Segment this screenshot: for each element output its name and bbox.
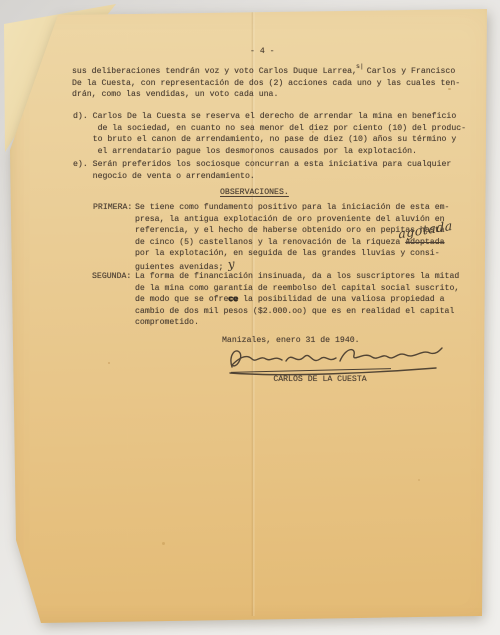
line-text: de cinco (5) castellanos y la renovación…: [135, 238, 405, 247]
paragraph-line: de modo que se ofrece la posibilidad de …: [135, 294, 459, 306]
handwritten-y-annotation: y: [228, 258, 236, 270]
line-text: de modo que se ofre: [135, 295, 228, 304]
paper-speckle: [418, 479, 420, 481]
paragraph-line: La forma de financiación insinuada, da a…: [135, 271, 459, 283]
paragraph-line: cambio de dos mil pesos ($2.000.oo) que …: [135, 306, 459, 318]
paper-speckle: [162, 542, 165, 545]
intro-paragraph: sus deliberaciones tendrán voz y voto Ca…: [72, 66, 460, 101]
paragraph-line: por la explotación, en seguida de las gr…: [135, 248, 449, 260]
document-photo: - 4 - sus deliberaciones tendrán voz y v…: [0, 0, 500, 635]
paragraph-line: e). Serán preferidos los sociosque concu…: [73, 159, 451, 171]
paragraph-line: de la mina como garantía de reembolso de…: [135, 283, 459, 295]
paragraph-line: el arrendatario pague los desmoronos cau…: [73, 146, 466, 158]
page-shadow-wrap: - 4 - sus deliberaciones tendrán voz y v…: [0, 0, 500, 635]
signature-typed-name: CARLOS DE LA CUESTA: [240, 374, 400, 386]
page-number: - 4 -: [250, 46, 275, 58]
segunda-label: SEGUNDA:: [92, 271, 131, 283]
paragraph-line: d). Carlos De la Cuesta se reserva el de…: [73, 111, 466, 123]
paragraph-line: de la sociedad, en cuanto no sea menor d…: [73, 123, 466, 135]
clause-d: d). Carlos De la Cuesta se reserva el de…: [73, 111, 466, 157]
paragraph-line: negocio de venta o arrendamiento.: [73, 171, 451, 183]
paragraph-line: De la Cuesta, con representación de dos …: [72, 78, 460, 90]
paragraph-line: presa, la antigua explotación de oro pro…: [135, 214, 449, 226]
paragraph-line: Se tiene como fundamento positivo para l…: [135, 202, 449, 214]
paragraph-line: drán, como las vendidas, un voto cada un…: [72, 89, 460, 101]
paragraph-line: comprometido.: [135, 317, 459, 329]
superscript-correction-mark: s|: [356, 61, 364, 73]
paper-speckle: [108, 362, 110, 364]
paragraph-line: guientes avenidas; y: [135, 260, 449, 272]
line-text: la posibilidad de una valiosa propiedad …: [238, 295, 444, 304]
paragraph-line: to bruto el canon de arrendamiento, no p…: [73, 134, 466, 146]
overtyped-correction: ce: [228, 295, 238, 304]
paragraph-line: sus deliberaciones tendrán voz y voto Ca…: [72, 66, 460, 78]
primera-label: PRIMERA:: [93, 202, 132, 214]
clause-e: e). Serán preferidos los sociosque concu…: [73, 159, 451, 182]
observaciones-heading: OBSERVACIONES.: [220, 187, 289, 199]
document-page: - 4 - sus deliberaciones tendrán voz y v…: [0, 0, 500, 635]
